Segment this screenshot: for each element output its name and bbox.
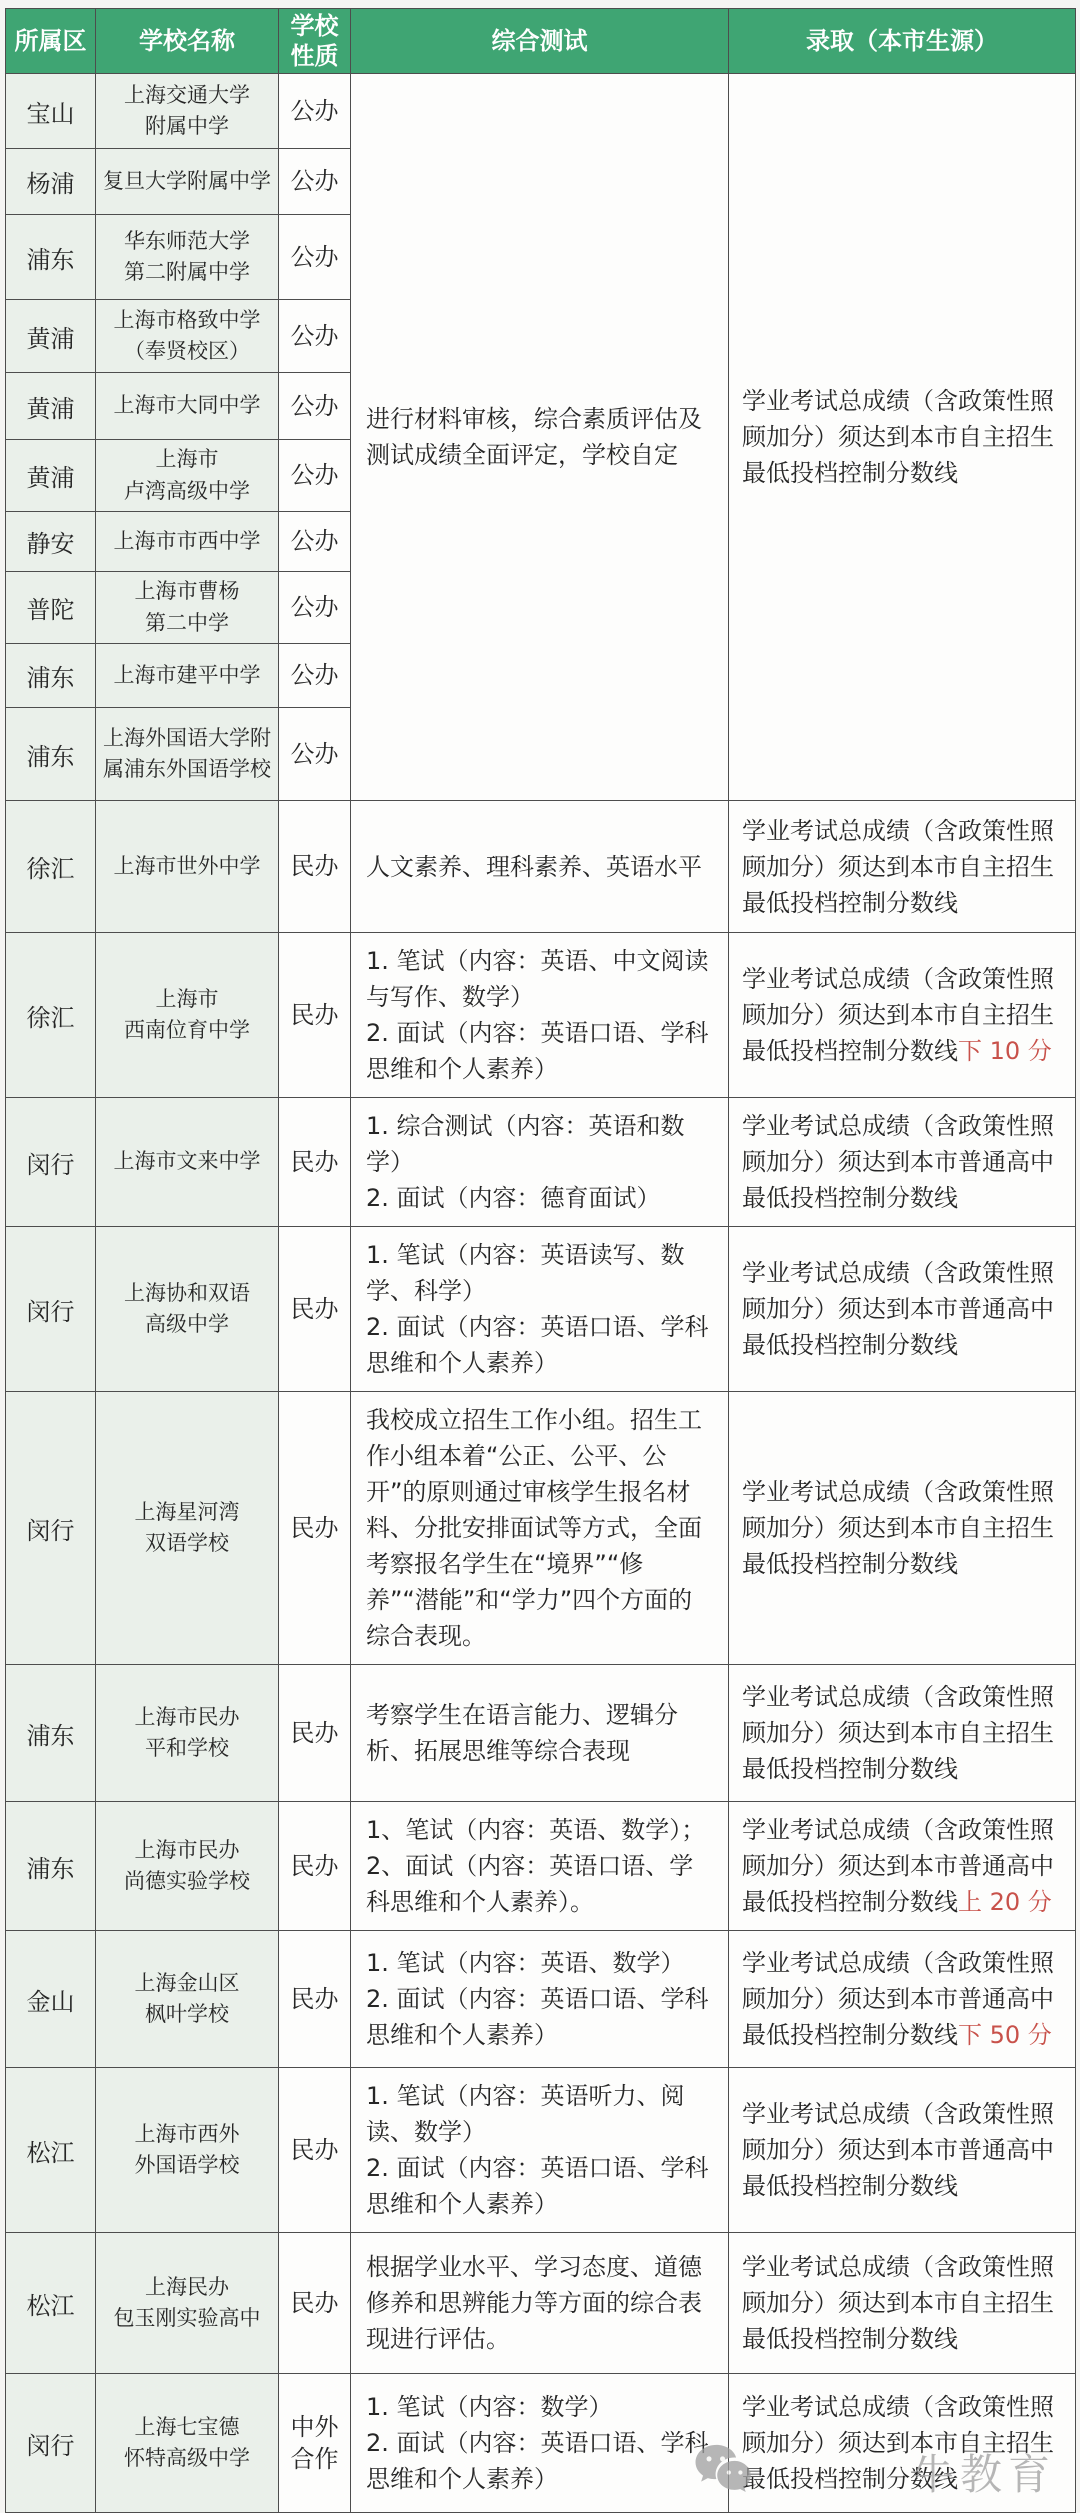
school-name-cell: 上海市民办 平和学校 [96,1665,279,1802]
header-school-name: 学校名称 [96,9,279,74]
district-cell: 黄浦 [6,300,96,373]
table-body: 宝山上海交通大学 附属中学公办进行材料审核，综合素质评估及测试成绩全面评定，学校… [6,74,1076,2513]
table-row: 金山上海金山区 枫叶学校民办1. 笔试（内容：英语、数学） 2. 面试（内容：英… [6,1931,1076,2068]
test-cell: 考察学生在语言能力、逻辑分析、拓展思维等综合表现 [351,1665,729,1802]
district-cell: 静安 [6,512,96,572]
test-cell: 1. 笔试（内容：英语、中文阅读与写作、数学） 2. 面试（内容：英语口语、学科… [351,933,729,1098]
district-cell: 宝山 [6,74,96,149]
district-cell: 金山 [6,1931,96,2068]
district-cell: 浦东 [6,1665,96,1802]
admission-cell: 学业考试总成绩（含政策性照顾加分）须达到本市普通高中最低投档控制分数线 [729,2068,1076,2233]
school-nature-cell: 中外 合作 [279,2374,351,2513]
admission-red-note: 上 20 分 [958,1888,1052,1916]
test-cell: 我校成立招生工作小组。招生工作小组本着“公正、公平、公开”的原则通过审核学生报名… [351,1392,729,1665]
school-nature-cell: 公办 [279,512,351,572]
school-name-cell: 上海七宝德 怀特高级中学 [96,2374,279,2513]
school-nature-cell: 公办 [279,74,351,149]
admission-text: 学业考试总成绩（含政策性照顾加分）须达到本市普通高中最低投档控制分数线 [742,1259,1054,1359]
school-nature-cell: 公办 [279,215,351,300]
school-name-cell: 上海市西外 外国语学校 [96,2068,279,2233]
school-nature-cell: 民办 [279,801,351,933]
test-cell: 1. 笔试（内容：数学） 2. 面试（内容：英语口语、学科思维和个人素养） [351,2374,729,2513]
header-school-nature: 学校性质 [279,9,351,74]
admission-text: 学业考试总成绩（含政策性照顾加分）须达到本市普通高中最低投档控制分数线 [742,2100,1054,2200]
admission-cell: 学业考试总成绩（含政策性照顾加分）须达到本市自主招生最低投档控制分数线 [729,1665,1076,1802]
school-name-cell: 上海民办 包玉刚实验高中 [96,2233,279,2374]
test-cell: 1. 笔试（内容：英语读写、数学、科学） 2. 面试（内容：英语口语、学科思维和… [351,1227,729,1392]
school-nature-cell: 民办 [279,2068,351,2233]
table-row: 浦东上海市民办 平和学校民办考察学生在语言能力、逻辑分析、拓展思维等综合表现学业… [6,1665,1076,1802]
school-nature-cell: 民办 [279,1802,351,1931]
test-cell: 人文素养、理科素养、英语水平 [351,801,729,933]
table-row: 闵行上海七宝德 怀特高级中学中外 合作1. 笔试（内容：数学） 2. 面试（内容… [6,2374,1076,2513]
school-name-cell: 上海市 卢湾高级中学 [96,440,279,512]
district-cell: 浦东 [6,215,96,300]
admission-cell: 学业考试总成绩（含政策性照顾加分）须达到本市普通高中最低投档控制分数线 [729,1227,1076,1392]
header-comprehensive-test: 综合测试 [351,9,729,74]
header-admission: 录取（本市生源） [729,9,1076,74]
school-nature-cell: 民办 [279,1098,351,1227]
school-name-cell: 上海市 西南位育中学 [96,933,279,1098]
school-nature-cell: 公办 [279,572,351,644]
table-header: 所属区 学校名称 学校性质 综合测试 录取（本市生源） [6,9,1076,74]
school-nature-cell: 公办 [279,708,351,801]
school-nature-cell: 民办 [279,1665,351,1802]
school-name-cell: 上海星河湾 双语学校 [96,1392,279,1665]
school-nature-cell: 民办 [279,2233,351,2374]
school-name-cell: 上海协和双语 高级中学 [96,1227,279,1392]
admission-text: 学业考试总成绩（含政策性照顾加分）须达到本市自主招生最低投档控制分数线 [742,1478,1054,1578]
district-cell: 松江 [6,2233,96,2374]
table-row: 松江上海市西外 外国语学校民办1. 笔试（内容：英语听力、阅读、数学） 2. 面… [6,2068,1076,2233]
district-cell: 松江 [6,2068,96,2233]
school-nature-cell: 民办 [279,1931,351,2068]
test-cell: 根据学业水平、学习态度、道德修养和思辨能力等方面的综合表现进行评估。 [351,2233,729,2374]
school-nature-cell: 公办 [279,300,351,373]
admission-red-note: 下 50 分 [958,2021,1052,2049]
school-name-cell: 上海交通大学 附属中学 [96,74,279,149]
district-cell: 黄浦 [6,440,96,512]
school-name-cell: 上海市市西中学 [96,512,279,572]
school-name-cell: 上海市大同中学 [96,373,279,440]
district-cell: 黄浦 [6,373,96,440]
header-district: 所属区 [6,9,96,74]
school-nature-cell: 公办 [279,440,351,512]
school-name-cell: 上海金山区 枫叶学校 [96,1931,279,2068]
district-cell: 普陀 [6,572,96,644]
admission-text: 学业考试总成绩（含政策性照顾加分）须达到本市普通高中最低投档控制分数线 [742,1112,1054,1212]
table-row: 闵行上海协和双语 高级中学民办1. 笔试（内容：英语读写、数学、科学） 2. 面… [6,1227,1076,1392]
admission-info-sheet: 所属区 学校名称 学校性质 综合测试 录取（本市生源） 宝山上海交通大学 附属中… [0,0,1080,2513]
admission-red-note: 下 10 分 [958,1037,1052,1065]
school-name-cell: 上海外国语大学附 属浦东外国语学校 [96,708,279,801]
admission-text: 学业考试总成绩（含政策性照顾加分）须达到本市自主招生最低投档控制分数线 [742,817,1054,917]
table-row: 徐汇上海市世外中学民办人文素养、理科素养、英语水平学业考试总成绩（含政策性照顾加… [6,801,1076,933]
school-nature-cell: 公办 [279,373,351,440]
admission-cell: 学业考试总成绩（含政策性照顾加分）须达到本市自主招生最低投档控制分数线 [729,2374,1076,2513]
school-name-cell: 上海市世外中学 [96,801,279,933]
test-cell: 1. 笔试（内容：英语听力、阅读、数学） 2. 面试（内容：英语口语、学科思维和… [351,2068,729,2233]
district-cell: 徐汇 [6,933,96,1098]
school-name-cell: 华东师范大学 第二附属中学 [96,215,279,300]
table-row: 徐汇上海市 西南位育中学民办1. 笔试（内容：英语、中文阅读与写作、数学） 2.… [6,933,1076,1098]
district-cell: 浦东 [6,644,96,708]
admission-table: 所属区 学校名称 学校性质 综合测试 录取（本市生源） 宝山上海交通大学 附属中… [5,8,1076,2513]
table-row: 浦东上海市民办 尚德实验学校民办1、笔试（内容：英语、数学）； 2、面试（内容：… [6,1802,1076,1931]
district-cell: 徐汇 [6,801,96,933]
school-nature-cell: 民办 [279,933,351,1098]
school-name-cell: 上海市曹杨 第二中学 [96,572,279,644]
school-name-cell: 上海市文来中学 [96,1098,279,1227]
test-cell-merged: 进行材料审核，综合素质评估及测试成绩全面评定，学校自定 [351,74,729,801]
table-row: 闵行上海市文来中学民办1. 综合测试（内容：英语和数学） 2. 面试（内容：德育… [6,1098,1076,1227]
admission-text: 学业考试总成绩（含政策性照顾加分）须达到本市自主招生最低投档控制分数线 [742,2393,1054,2493]
district-cell: 杨浦 [6,149,96,215]
school-nature-cell: 民办 [279,1227,351,1392]
district-cell: 浦东 [6,708,96,801]
school-name-cell: 上海市民办 尚德实验学校 [96,1802,279,1931]
admission-cell: 学业考试总成绩（含政策性照顾加分）须达到本市普通高中最低投档控制分数线上 20 … [729,1802,1076,1931]
table-row: 松江上海民办 包玉刚实验高中民办根据学业水平、学习态度、道德修养和思辨能力等方面… [6,2233,1076,2374]
school-nature-cell: 公办 [279,644,351,708]
table-row: 宝山上海交通大学 附属中学公办进行材料审核，综合素质评估及测试成绩全面评定，学校… [6,74,1076,149]
admission-cell-merged: 学业考试总成绩（含政策性照顾加分）须达到本市自主招生最低投档控制分数线 [729,74,1076,801]
admission-cell: 学业考试总成绩（含政策性照顾加分）须达到本市普通高中最低投档控制分数线 [729,1098,1076,1227]
district-cell: 闵行 [6,2374,96,2513]
admission-cell: 学业考试总成绩（含政策性照顾加分）须达到本市自主招生最低投档控制分数线 [729,1392,1076,1665]
admission-cell: 学业考试总成绩（含政策性照顾加分）须达到本市自主招生最低投档控制分数线 [729,801,1076,933]
test-cell: 1. 综合测试（内容：英语和数学） 2. 面试（内容：德育面试） [351,1098,729,1227]
school-nature-cell: 公办 [279,149,351,215]
district-cell: 闵行 [6,1098,96,1227]
table-row: 闵行上海星河湾 双语学校民办我校成立招生工作小组。招生工作小组本着“公正、公平、… [6,1392,1076,1665]
admission-cell: 学业考试总成绩（含政策性照顾加分）须达到本市自主招生最低投档控制分数线 [729,2233,1076,2374]
district-cell: 闵行 [6,1227,96,1392]
test-cell: 1、笔试（内容：英语、数学）； 2、面试（内容：英语口语、学科思维和个人素养）。 [351,1802,729,1931]
admission-text: 学业考试总成绩（含政策性照顾加分）须达到本市自主招生最低投档控制分数线 [742,2253,1054,2353]
school-name-cell: 上海市建平中学 [96,644,279,708]
school-name-cell: 上海市格致中学 （奉贤校区） [96,300,279,373]
admission-cell: 学业考试总成绩（含政策性照顾加分）须达到本市普通高中最低投档控制分数线下 50 … [729,1931,1076,2068]
district-cell: 闵行 [6,1392,96,1665]
admission-text: 学业考试总成绩（含政策性照顾加分）须达到本市自主招生最低投档控制分数线 [742,1683,1054,1783]
school-nature-cell: 民办 [279,1392,351,1665]
school-name-cell: 复旦大学附属中学 [96,149,279,215]
district-cell: 浦东 [6,1802,96,1931]
admission-cell: 学业考试总成绩（含政策性照顾加分）须达到本市自主招生最低投档控制分数线下 10 … [729,933,1076,1098]
test-cell: 1. 笔试（内容：英语、数学） 2. 面试（内容：英语口语、学科思维和个人素养） [351,1931,729,2068]
header-row: 所属区 学校名称 学校性质 综合测试 录取（本市生源） [6,9,1076,74]
